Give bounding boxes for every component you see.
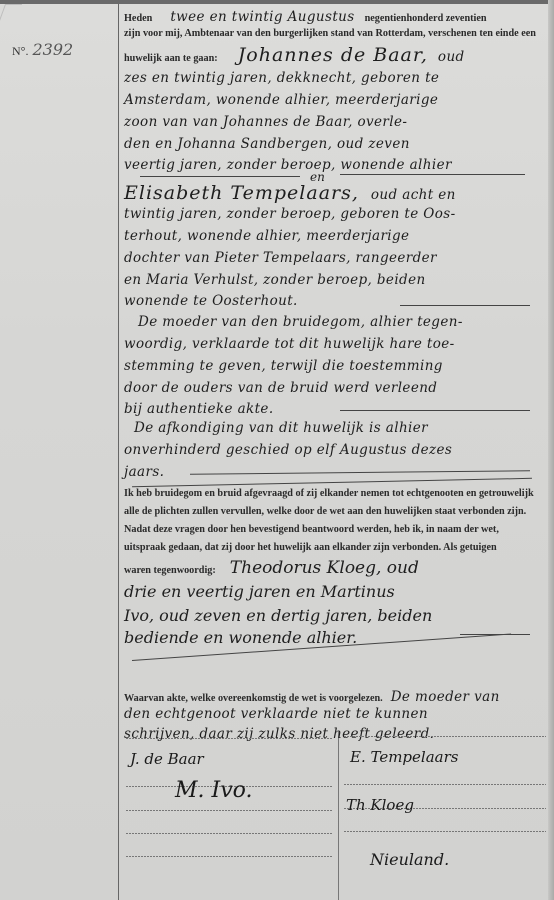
consent-line: bij authentieke akte.	[124, 401, 274, 417]
bride-end-rule	[400, 305, 530, 306]
consent-line: De moeder van den bruidegom, alhier tege…	[138, 314, 463, 330]
header-year: negentienhonderd zeventien	[365, 13, 487, 24]
signature-registrar: Nieuland.	[370, 850, 449, 869]
closing-line: schrijven, daar zij zulks niet heeft gel…	[124, 726, 434, 742]
banns-line: jaars.	[124, 464, 164, 480]
document-page: N°.2392 Heden twee en twintig Augustus n…	[0, 0, 554, 900]
bride-line: twintig jaren, zonder beroep, geboren te…	[124, 206, 456, 222]
margin-rule	[118, 4, 119, 900]
header-heden: Heden	[124, 13, 152, 24]
groom-line-tail: oud	[438, 49, 465, 65]
sig-rule	[126, 738, 332, 739]
signature-divider	[338, 732, 339, 900]
bride-line: terhout, wonende alhier, meerderjarige	[124, 228, 409, 244]
groom-line: Amsterdam, wonende alhier, meerderjarige	[124, 92, 438, 108]
bride-line-tail: oud acht en	[371, 187, 456, 203]
sig-rule	[344, 831, 546, 832]
header-line-2: zijn voor mij, Ambtenaar van den burgerl…	[124, 28, 536, 39]
signature-bride: E. Tempelaars	[350, 748, 458, 766]
closing-print: Waarvan akte, welke overeenkomstig de we…	[124, 693, 383, 704]
bride-line-1: Elisabeth Tempelaars, oud acht en	[124, 182, 456, 204]
groom-line: zoon van van Johannes de Baar, overle-	[124, 114, 407, 130]
declaration-line: Ik heb bruidegom en bruid afgevraagd of …	[124, 488, 534, 499]
closing-tail: De moeder van	[391, 689, 500, 705]
signature-witness-ivo: M. Ivo.	[175, 778, 252, 803]
consent-line: door de ouders van de bruid werd verleen…	[124, 380, 437, 396]
signature-witness-kloeg: Th Kloeg	[346, 796, 414, 814]
record-number-label: N°.	[12, 44, 28, 58]
closing-line: den echtgenoot verklaarde niet te kunnen	[124, 706, 428, 722]
witness-line-1: waren tegenwoordig: Theodorus Kloeg, oud	[124, 558, 419, 578]
witness-line: Ivo, oud zeven en dertig jaren, beiden	[124, 606, 432, 625]
groom-line: den en Johanna Sandbergen, oud zeven	[124, 136, 410, 152]
bride-name: Elisabeth Tempelaars,	[124, 182, 359, 204]
scan-right-edge	[548, 0, 554, 900]
bride-line: dochter van Pieter Tempelaars, rangeerde…	[124, 250, 437, 266]
sig-rule	[126, 856, 332, 857]
consent-line: woordig, verklaarde tot dit huwelijk har…	[124, 336, 455, 352]
signature-groom: J. de Baar	[130, 750, 204, 768]
declaration-line: Nadat deze vragen door hen bevestigend b…	[124, 524, 499, 535]
declaration-line: uitspraak gedaan, dat zij door het huwel…	[124, 542, 497, 553]
record-number-value: 2392	[32, 40, 73, 59]
header-line-1: Heden twee en twintig Augustus negentien…	[124, 8, 487, 26]
scan-top-edge	[0, 0, 554, 4]
record-number: N°.2392	[12, 40, 73, 59]
banns-strike-rule	[132, 478, 532, 487]
groom-name: Johannes de Baar,	[238, 44, 428, 66]
witness-line: drie en veertig jaren en Martinus	[124, 582, 395, 601]
banns-line: De afkondiging van dit huwelijk is alhie…	[134, 420, 428, 436]
groom-line: zes en twintig jaren, dekknecht, geboren…	[124, 70, 439, 86]
witness-label: waren tegenwoordig:	[124, 565, 216, 576]
witness-line: bediende en wonende alhier.	[124, 628, 357, 647]
sig-rule	[344, 736, 546, 737]
bride-line: en Maria Verhulst, zonder beroep, beiden	[124, 272, 426, 288]
sig-rule	[126, 833, 332, 834]
sig-rule	[344, 784, 546, 785]
banns-line: onverhinderd geschied op elf Augustus de…	[124, 442, 452, 458]
witness-first: Theodorus Kloeg, oud	[230, 558, 419, 578]
header-huwelijk: huwelijk aan te gaan:	[124, 53, 218, 64]
separator-rule-left	[140, 176, 300, 177]
groom-line: veertig jaren, zonder beroep, wonende al…	[124, 157, 452, 173]
corner-mark	[0, 4, 22, 21]
banns-end-rule	[190, 470, 530, 475]
header-line-3: huwelijk aan te gaan: Johannes de Baar, …	[124, 44, 465, 66]
consent-end-rule	[340, 410, 530, 411]
marriage-date: twee en twintig Augustus	[170, 9, 354, 25]
separator-rule-right	[340, 174, 525, 175]
declaration-line: alle de plichten zullen vervullen, welke…	[124, 506, 526, 517]
consent-line: stemming te geven, terwijl die toestemmi…	[124, 358, 443, 374]
sig-rule	[126, 810, 332, 811]
bride-line: wonende te Oosterhout.	[124, 293, 298, 309]
closing-line-1: Waarvan akte, welke overeenkomstig de we…	[124, 688, 500, 706]
